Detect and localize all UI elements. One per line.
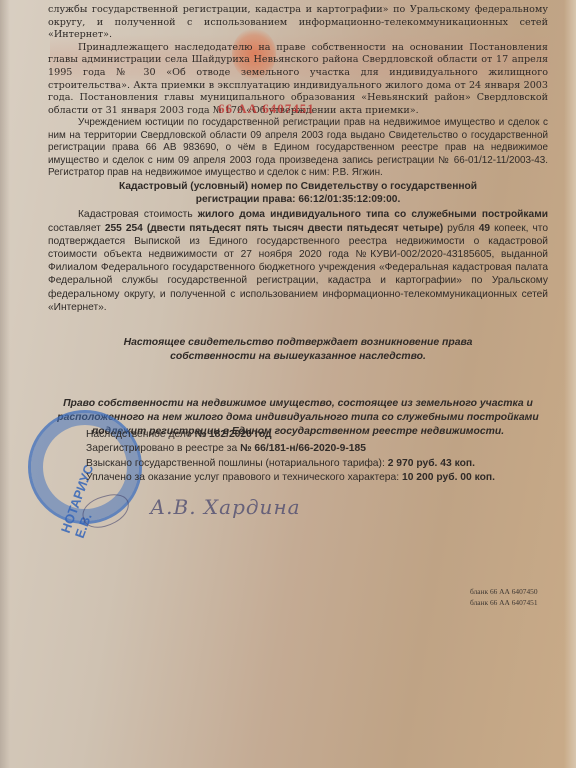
paragraph-top: службы государственной регистрации, када…	[48, 4, 548, 42]
cadastral-title-line2: регистрации права: 66:12/01:35:12:09:00.	[48, 193, 548, 206]
notary-signature: А.В. Хардина	[150, 495, 301, 519]
statement-ownership-arises: Настоящее свидетельство подтверждает воз…	[48, 336, 548, 364]
blank-number-1: бланк 66 АА 6407450	[470, 586, 538, 597]
cost-intro: Кадастровая стоимость	[78, 209, 198, 220]
case-label: Наследственное дело	[86, 429, 195, 440]
notary-notes: Наследственное дело № 182/2020 год Зарег…	[86, 428, 495, 485]
cost-rub: рубля	[443, 223, 479, 234]
paragraph-cadastral-cost: Кадастровая стоимость жилого дома индиви…	[48, 208, 548, 314]
page-edge-left	[0, 0, 10, 768]
page-edge-right	[564, 0, 576, 768]
paragraph-registration: Учреждением юстиции по государственной р…	[48, 117, 548, 179]
note-case: Наследственное дело № 182/2020 год	[86, 428, 495, 442]
services-value: 10 200 руб. 00 коп.	[402, 472, 495, 483]
cost-kop: 49	[479, 223, 490, 234]
blank-number-2: бланк 66 АА 6407451	[470, 597, 538, 608]
cadastral-title-line1: Кадастровый (условный) номер по Свидетел…	[48, 180, 548, 193]
case-value: № 182/2020 год	[195, 429, 272, 440]
note-services: Уплачено за оказание услуг правового и т…	[86, 471, 495, 485]
note-duty: Взыскано государственной пошлины (нотари…	[86, 457, 495, 471]
note-registry: Зарегистрировано в реестре за № 66/181-н…	[86, 442, 495, 456]
cost-value: 255 254 (двести пятьдесят пять тысяч две…	[105, 223, 443, 234]
cost-mid: составляет	[48, 223, 105, 234]
form-number-red: 66 АА 6407451	[218, 101, 315, 117]
cadastral-number-title: Кадастровый (условный) номер по Свидетел…	[48, 180, 548, 206]
duty-label: Взыскано государственной пошлины (нотари…	[86, 458, 388, 469]
registry-value: № 66/181-н/66-2020-9-185	[240, 443, 366, 454]
cost-object: жилого дома индивидуального типа со служ…	[198, 209, 548, 220]
services-label: Уплачено за оказание услуг правового и т…	[86, 472, 402, 483]
registry-label: Зарегистрировано в реестре за	[86, 443, 240, 454]
duty-value: 2 970 руб. 43 коп.	[388, 458, 475, 469]
cost-rest: копеек, что подтверждается Выпиской из Е…	[48, 223, 548, 313]
certificate-body: службы государственной регистрации, када…	[48, 4, 548, 450]
blank-numbers: бланк 66 АА 6407450 бланк 66 АА 6407451	[470, 586, 538, 608]
